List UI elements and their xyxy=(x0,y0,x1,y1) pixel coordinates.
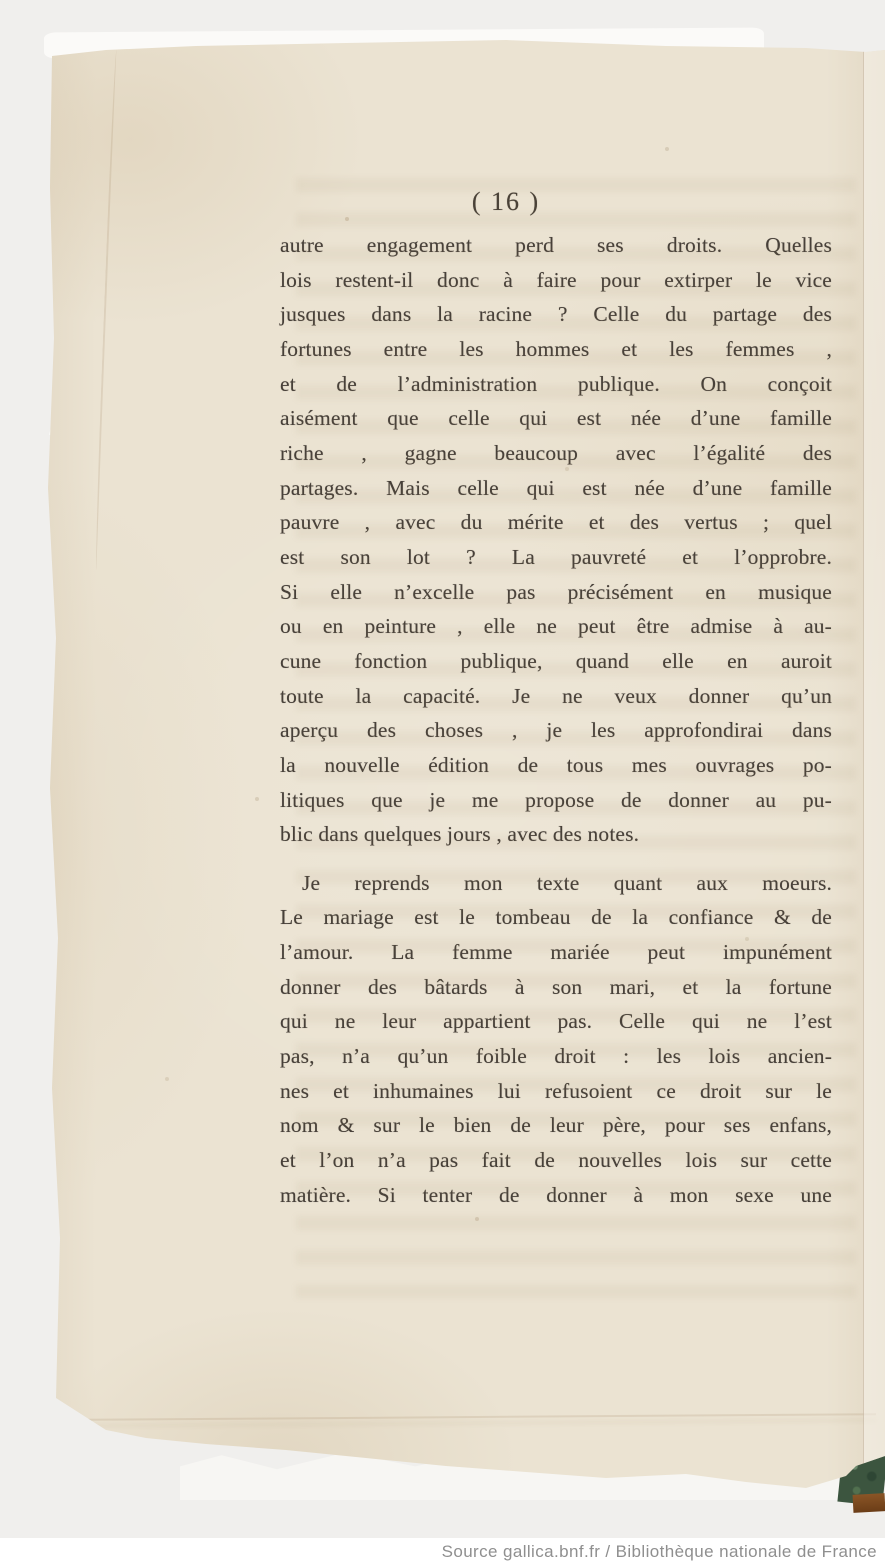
text-line: l’amour. La femme mariée peut impunément xyxy=(280,935,832,970)
text-line: et l’on n’a pas fait de nouvelles lois s… xyxy=(280,1143,832,1178)
right-fold-edge xyxy=(863,38,885,1490)
text-line: ou en peinture , elle ne peut être admis… xyxy=(280,609,832,644)
text-line: est son lot ? La pauvreté et l’opprobre. xyxy=(280,540,832,575)
text-line: jusques dans la racine ? Celle du partag… xyxy=(280,297,832,332)
source-attribution: Source gallica.bnf.fr / Bibliothèque nat… xyxy=(442,1542,877,1562)
text-line: pauvre , avec du mérite et des vertus ; … xyxy=(280,505,832,540)
text-line: toute la capacité. Je ne veux donner qu’… xyxy=(280,679,832,714)
page-scan: ( 16 ) autre engagement perd ses droits.… xyxy=(46,38,885,1490)
text-column: autre engagement perd ses droits. Quelle… xyxy=(280,228,832,1212)
text-line: Je reprends mon texte quant aux moeurs. xyxy=(280,866,832,901)
book-cover-leather-corner xyxy=(853,1493,885,1513)
text-line: aisément que celle qui est née d’une fam… xyxy=(280,401,832,436)
text-line: riche , gagne beaucoup avec l’égalité de… xyxy=(280,436,832,471)
text-line: fortunes entre les hommes et les femmes … xyxy=(280,332,832,367)
text-line: donner des bâtards à son mari, et la for… xyxy=(280,970,832,1005)
text-line: litiques que je me propose de donner au … xyxy=(280,783,832,818)
text-line: pas, n’a qu’un foible droit : les lois a… xyxy=(280,1039,832,1074)
text-line: nom & sur le bien de leur père, pour ses… xyxy=(280,1108,832,1143)
scanned-document-view: ( 16 ) autre engagement perd ses droits.… xyxy=(0,0,885,1566)
text-line: la nouvelle édition de tous mes ouvrages… xyxy=(280,748,832,783)
page-number: ( 16 ) xyxy=(426,186,586,218)
text-line: lois restent-il donc à faire pour extirp… xyxy=(280,263,832,298)
vertical-crease xyxy=(94,50,119,570)
text-line: matière. Si tenter de donner à mon sexe … xyxy=(280,1178,832,1213)
text-line: Si elle n’excelle pas précisément en mus… xyxy=(280,575,832,610)
gallica-source-bar: Source gallica.bnf.fr / Bibliothèque nat… xyxy=(0,1538,885,1566)
horizontal-crease xyxy=(86,1413,876,1421)
text-line: partages. Mais celle qui est née d’une f… xyxy=(280,471,832,506)
paragraph-1: autre engagement perd ses droits. Quelle… xyxy=(280,228,832,852)
text-line: nes et inhumaines lui refusoient ce droi… xyxy=(280,1074,832,1109)
text-line: Le mariage est le tombeau de la confianc… xyxy=(280,900,832,935)
text-line: cune fonction publique, quand elle en au… xyxy=(280,644,832,679)
paragraph-2: Je reprends mon texte quant aux moeurs. … xyxy=(280,866,832,1213)
text-line: qui ne leur appartient pas. Celle qui ne… xyxy=(280,1004,832,1039)
text-line: aperçu des choses , je les approfondirai… xyxy=(280,713,832,748)
text-line: autre engagement perd ses droits. Quelle… xyxy=(280,228,832,263)
text-line: blic dans quelques jours , avec des note… xyxy=(280,817,832,852)
text-line: et de l’administration publique. On conç… xyxy=(280,367,832,402)
